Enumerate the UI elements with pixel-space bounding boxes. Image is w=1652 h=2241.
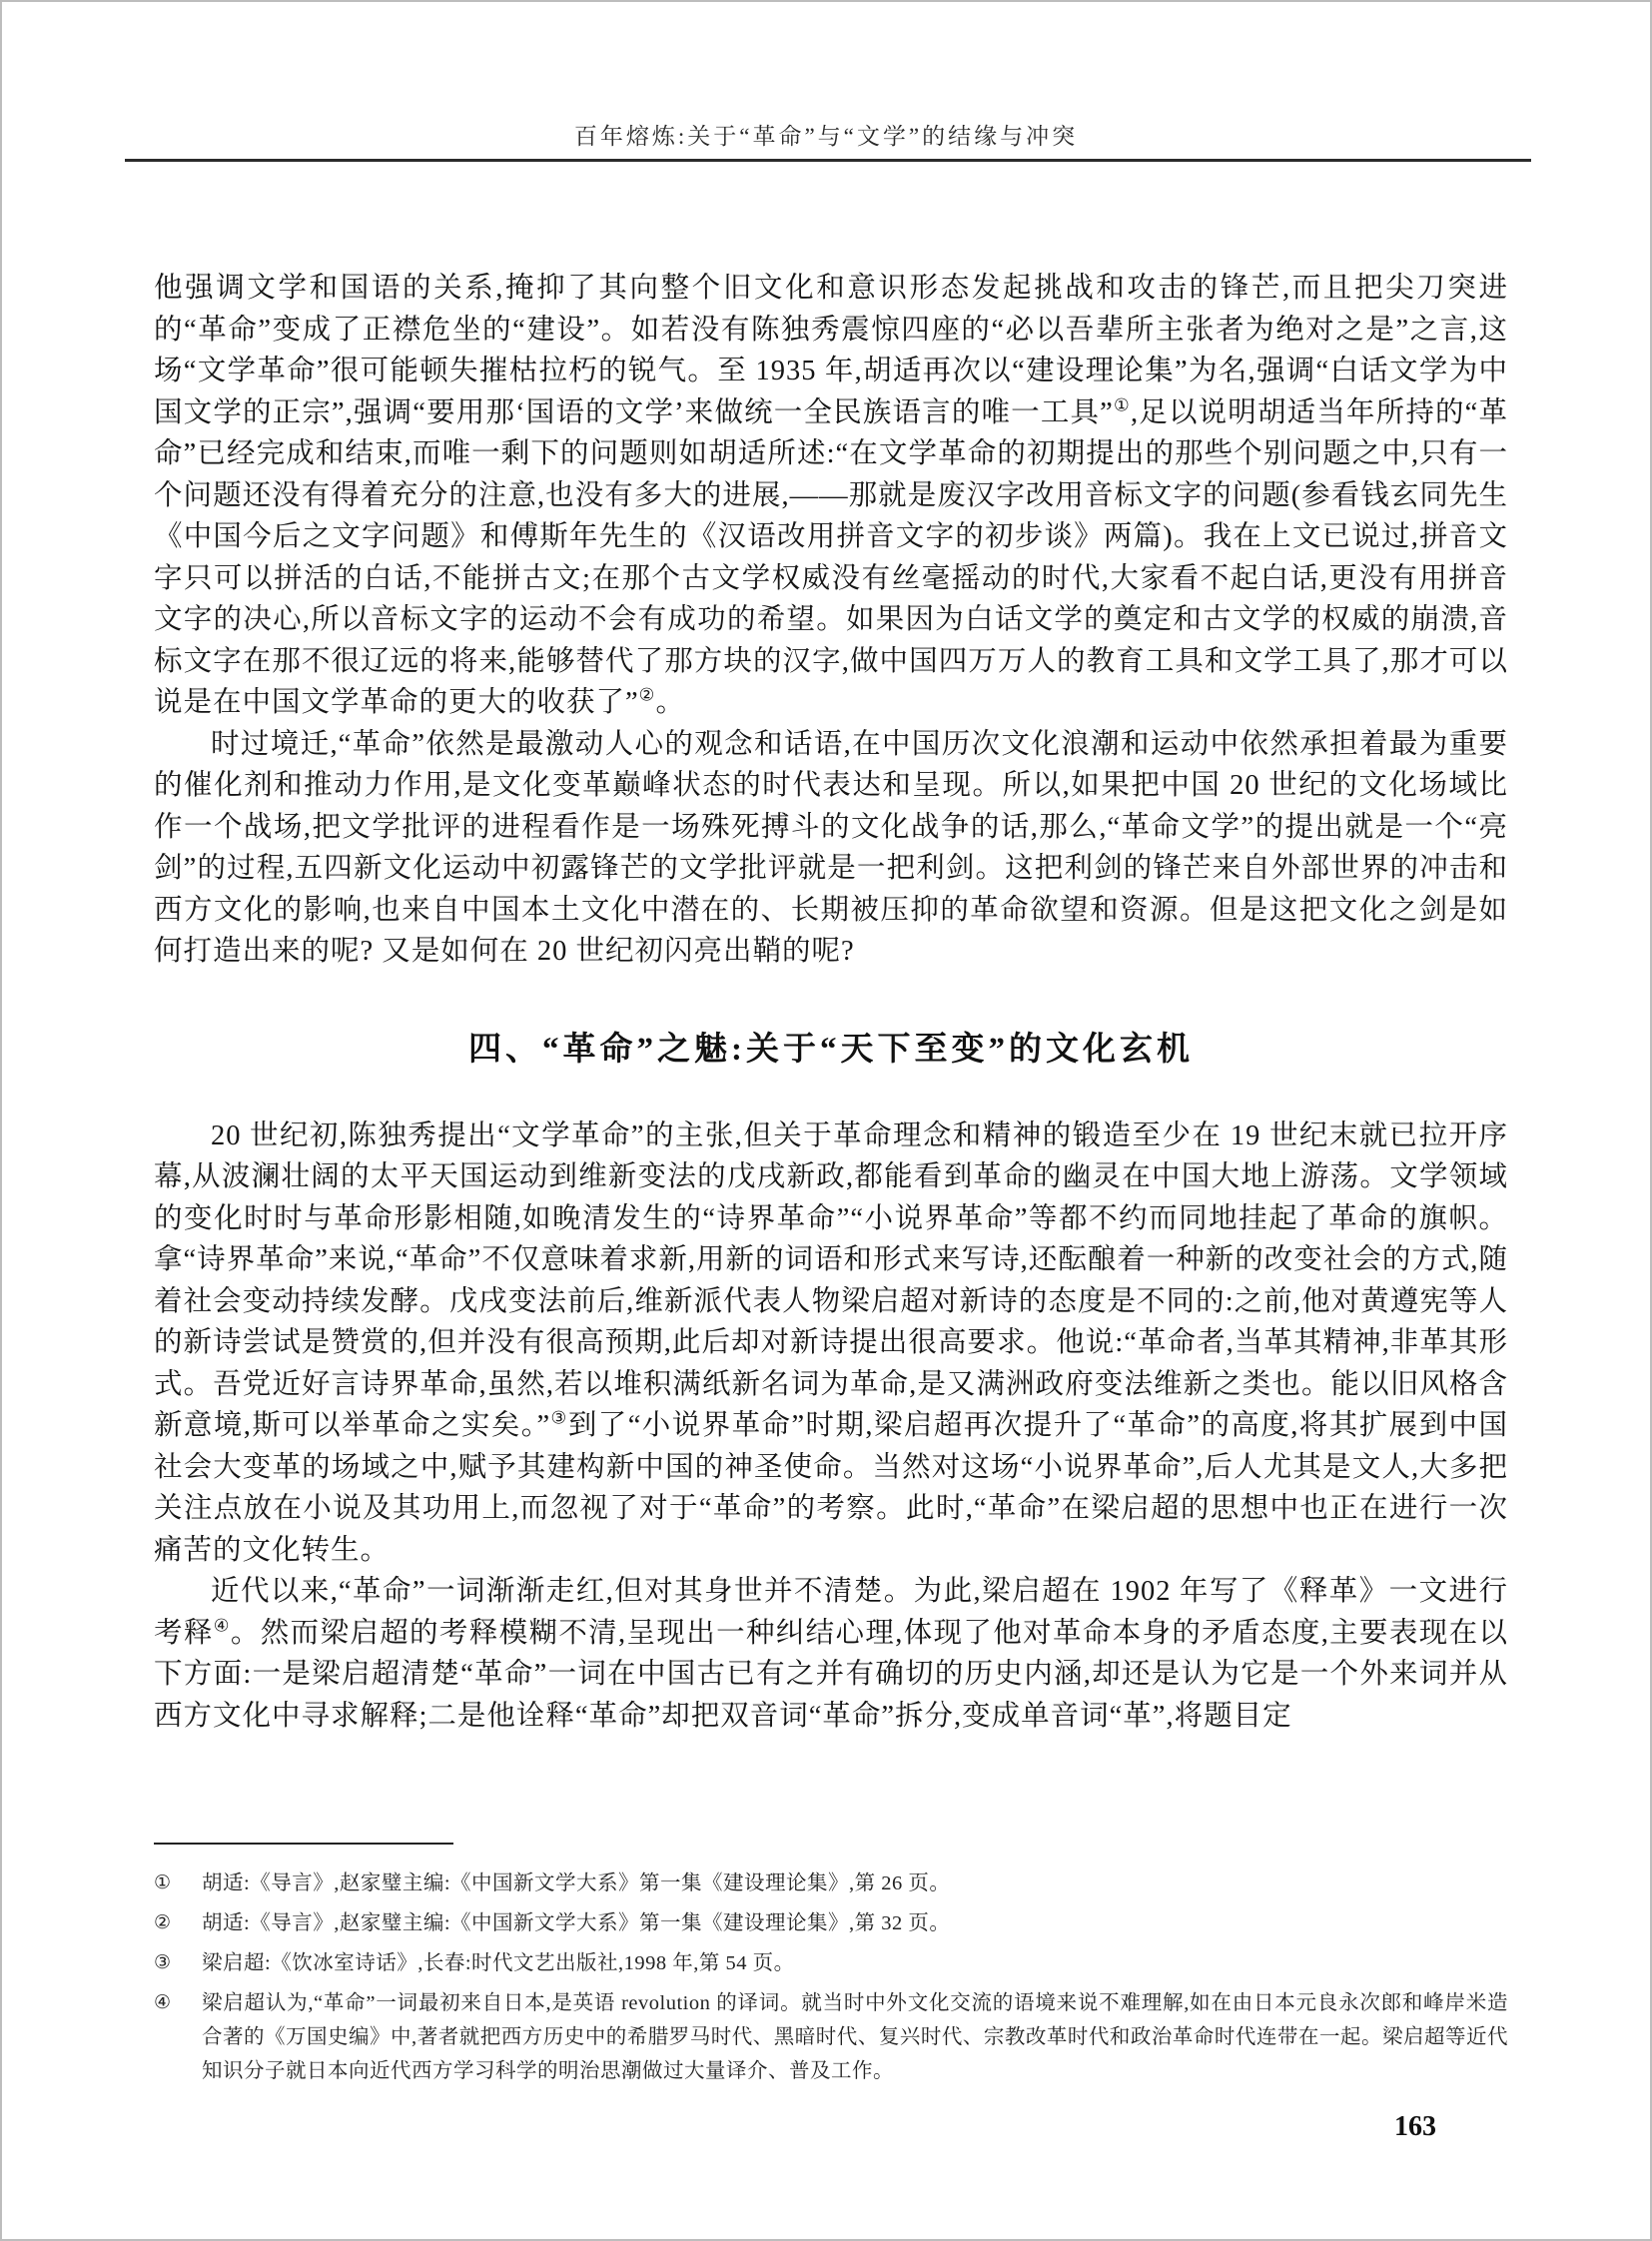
footnote-reference: ① — [1114, 394, 1131, 414]
body-paragraph: 20 世纪初,陈独秀提出“文学革命”的主张,但关于革命理念和精神的锻造至少在 1… — [154, 1116, 1508, 1572]
footnote-marker: ③ — [154, 1946, 202, 1980]
footnote-rule — [154, 1843, 453, 1845]
footnote-item: ②胡适:《导言》,赵家璧主编:《中国新文学大系》第一集《建设理论集》,第 32 … — [154, 1906, 1508, 1940]
footnote-text: 梁启超:《饮冰室诗话》,长春:时代文艺出版社,1998 年,第 54 页。 — [202, 1946, 1508, 1980]
footnote-marker: ① — [154, 1867, 202, 1900]
paragraphs-bottom: 20 世纪初,陈独秀提出“文学革命”的主张,但关于革命理念和精神的锻造至少在 1… — [154, 1116, 1508, 1738]
footnote-item: ①胡适:《导言》,赵家璧主编:《中国新文学大系》第一集《建设理论集》,第 26 … — [154, 1867, 1508, 1900]
footnote-marker: ② — [154, 1906, 202, 1940]
footnote-item: ④梁启超认为,“革命”一词最初来自日本,是英语 revolution 的译词。就… — [154, 1986, 1508, 2088]
body-paragraph: 近代以来,“革命”一词渐渐走红,但对其身世并不清楚。为此,梁启超在 1902 年… — [154, 1571, 1508, 1737]
document-page: 百年熔炼:关于“革命”与“文学”的结缘与冲突 他强调文学和国语的关系,掩抑了其向… — [0, 0, 1652, 2241]
footnote-text: 梁启超认为,“革命”一词最初来自日本,是英语 revolution 的译词。就当… — [202, 1986, 1508, 2088]
page-number: 163 — [1394, 2111, 1436, 2143]
footnote-area: ①胡适:《导言》,赵家璧主编:《中国新文学大系》第一集《建设理论集》,第 26 … — [154, 1843, 1508, 2094]
footnote-list: ①胡适:《导言》,赵家璧主编:《中国新文学大系》第一集《建设理论集》,第 26 … — [154, 1867, 1508, 2088]
footnote-item: ③梁启超:《饮冰室诗话》,长春:时代文艺出版社,1998 年,第 54 页。 — [154, 1946, 1508, 1980]
paragraphs-top: 他强调文学和国语的关系,掩抑了其向整个旧文化和意识形态发起挑战和攻击的锋芒,而且… — [154, 268, 1508, 973]
running-head: 百年熔炼:关于“革命”与“文学”的结缘与冲突 — [2, 118, 1650, 151]
footnote-reference: ③ — [550, 1408, 568, 1428]
footnote-reference: ④ — [214, 1615, 231, 1635]
section-heading: 四、“革命”之魅:关于“天下至变”的文化玄机 — [154, 1023, 1508, 1070]
footnote-marker: ④ — [154, 1986, 202, 2020]
body-paragraph: 他强调文学和国语的关系,掩抑了其向整个旧文化和意识形态发起挑战和攻击的锋芒,而且… — [154, 268, 1508, 724]
footnote-text: 胡适:《导言》,赵家璧主编:《中国新文学大系》第一集《建设理论集》,第 26 页… — [202, 1867, 1508, 1900]
header-rule — [125, 159, 1531, 162]
footnote-text: 胡适:《导言》,赵家璧主编:《中国新文学大系》第一集《建设理论集》,第 32 页… — [202, 1906, 1508, 1940]
article-content: 他强调文学和国语的关系,掩抑了其向整个旧文化和意识形态发起挑战和攻击的锋芒,而且… — [154, 268, 1508, 1737]
body-paragraph: 时过境迁,“革命”依然是最激动人心的观念和话语,在中国历次文化浪潮和运动中依然承… — [154, 724, 1508, 973]
footnote-reference: ② — [639, 685, 656, 705]
